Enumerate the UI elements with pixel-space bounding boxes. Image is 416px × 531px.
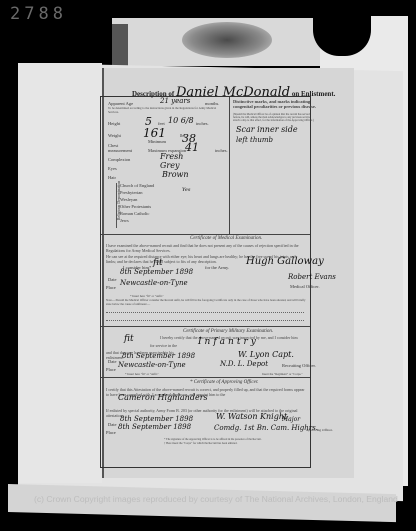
title-suffix: on Enlistment. [292, 90, 336, 98]
medical-date-value: 8th September 1898 [120, 268, 193, 276]
unfitness-line-2 [106, 320, 304, 321]
military-fit-value: fit [124, 334, 134, 344]
approving-date-label: Date [108, 422, 117, 427]
religion-presbyterian-value: Yes [182, 187, 190, 193]
section-divider [101, 234, 310, 235]
reference-number: 2788 [10, 4, 67, 24]
approving-date-value: 8th September 1898 [120, 415, 193, 423]
apparent-age-value: 21 years [160, 97, 190, 105]
military-place-label: Place [106, 367, 116, 372]
weight-label: Weight [108, 133, 121, 138]
religion-church-of-england: Church of England [120, 183, 154, 188]
chest-unit: inches. [215, 148, 228, 153]
weight-value: 161 [143, 126, 166, 140]
military-date-value: 8th September 1898 [122, 352, 195, 360]
distinctive-marks-line2: left thumb [236, 136, 273, 144]
military-signature2: N.D. L. Depot [220, 360, 268, 368]
copyright-notice: (c) Crown Copyright images reproduced by… [34, 494, 398, 504]
chest-label: Chest measurement [108, 143, 128, 153]
unfitness-line-1 [106, 312, 304, 313]
approving-signature2: Comdg. 1st Bn. Cam. Highrs. [214, 424, 318, 432]
approving-officer-label: Approving Officer. [306, 428, 333, 432]
medical-date-label: Date [108, 277, 117, 282]
approving-rank: Major [282, 416, 300, 423]
recruiting-officer-label: Recruiting Officer. [282, 363, 316, 368]
religion-other-protestants: Other Protestants [120, 204, 151, 209]
medical-para1: I have examined the above-named recruit … [106, 243, 306, 253]
recruit-name: Daniel McDonald [176, 85, 290, 100]
appoint-value: Cameron Highlanders [118, 393, 208, 402]
religion-jews: Jews [120, 218, 129, 223]
top-card [112, 18, 332, 66]
military-date-label: Date [108, 359, 117, 364]
complexion-value: Fresh [160, 152, 183, 161]
service-label: for service in the [150, 343, 177, 348]
distinctive-marks-line1: Scar inner side [236, 125, 298, 134]
approving-certificate-heading: * Certificate of Approving Officer. [190, 380, 258, 385]
chest-min-label: Minimum [148, 139, 166, 144]
distinctive-marks-heading: Distinctive marks, and marks indicating … [233, 99, 318, 109]
military-signature: W. Lyon Capt. [238, 350, 294, 359]
medical-signature2: Robert Evans [288, 273, 336, 281]
hair-value: Brown [162, 170, 189, 179]
age-note: To be determined according to the instru… [108, 107, 226, 114]
height-label: Height [108, 121, 120, 126]
distinctive-marks-note: (Should the Medical Officer be of opinio… [233, 113, 318, 123]
section-divider [101, 377, 310, 378]
military-certificate-heading: Certificate of Primary Military Examinat… [183, 329, 273, 334]
approving-signature: W. Watson Knight [216, 412, 287, 421]
section-divider [101, 326, 310, 327]
corps-value: Infantry [198, 337, 259, 347]
eyes-value: Grey [160, 161, 179, 170]
eyes-label: Eyes [108, 166, 117, 171]
medical-place-label: Place [106, 285, 116, 290]
medical-officer-label: Medical Officer. [290, 284, 320, 289]
religion-presbyterian: Presbyterian [120, 190, 143, 195]
medical-signature: Hugh Galloway [246, 256, 324, 267]
chest-max-value: 41 [185, 141, 199, 154]
religion-wesleyan: Wesleyan [120, 197, 137, 202]
column-divider [229, 97, 230, 234]
approving-footnote2: † Here insert the "Corps" for which the … [164, 441, 237, 446]
medical-note: Note.—Should the Medical Officer conside… [106, 299, 306, 306]
approving-place-label: Place [106, 430, 116, 435]
for-army-label: for the Army. [205, 265, 229, 270]
height-inches-value: 10 6/8 [168, 116, 194, 125]
religion-roman-catholic: Roman Catholic [120, 211, 149, 216]
military-place-value: Newcastle-on-Tyne [118, 361, 186, 369]
page-backing-left [18, 63, 102, 483]
shadow [182, 22, 272, 58]
approving-place-value: 8th September 1898 [118, 423, 191, 431]
medical-fit-value: fit [153, 258, 163, 268]
medical-place-value: Newcastle-on-Tyne [120, 279, 188, 287]
height-inches-unit: inches. [196, 121, 209, 126]
complexion-label: Complexion [108, 157, 130, 162]
hair-label: Hair [108, 175, 116, 180]
medical-certificate-heading: Certificate of Medical Examination. [190, 236, 262, 241]
card-edge [112, 24, 128, 66]
denomination-bracket [104, 183, 117, 228]
